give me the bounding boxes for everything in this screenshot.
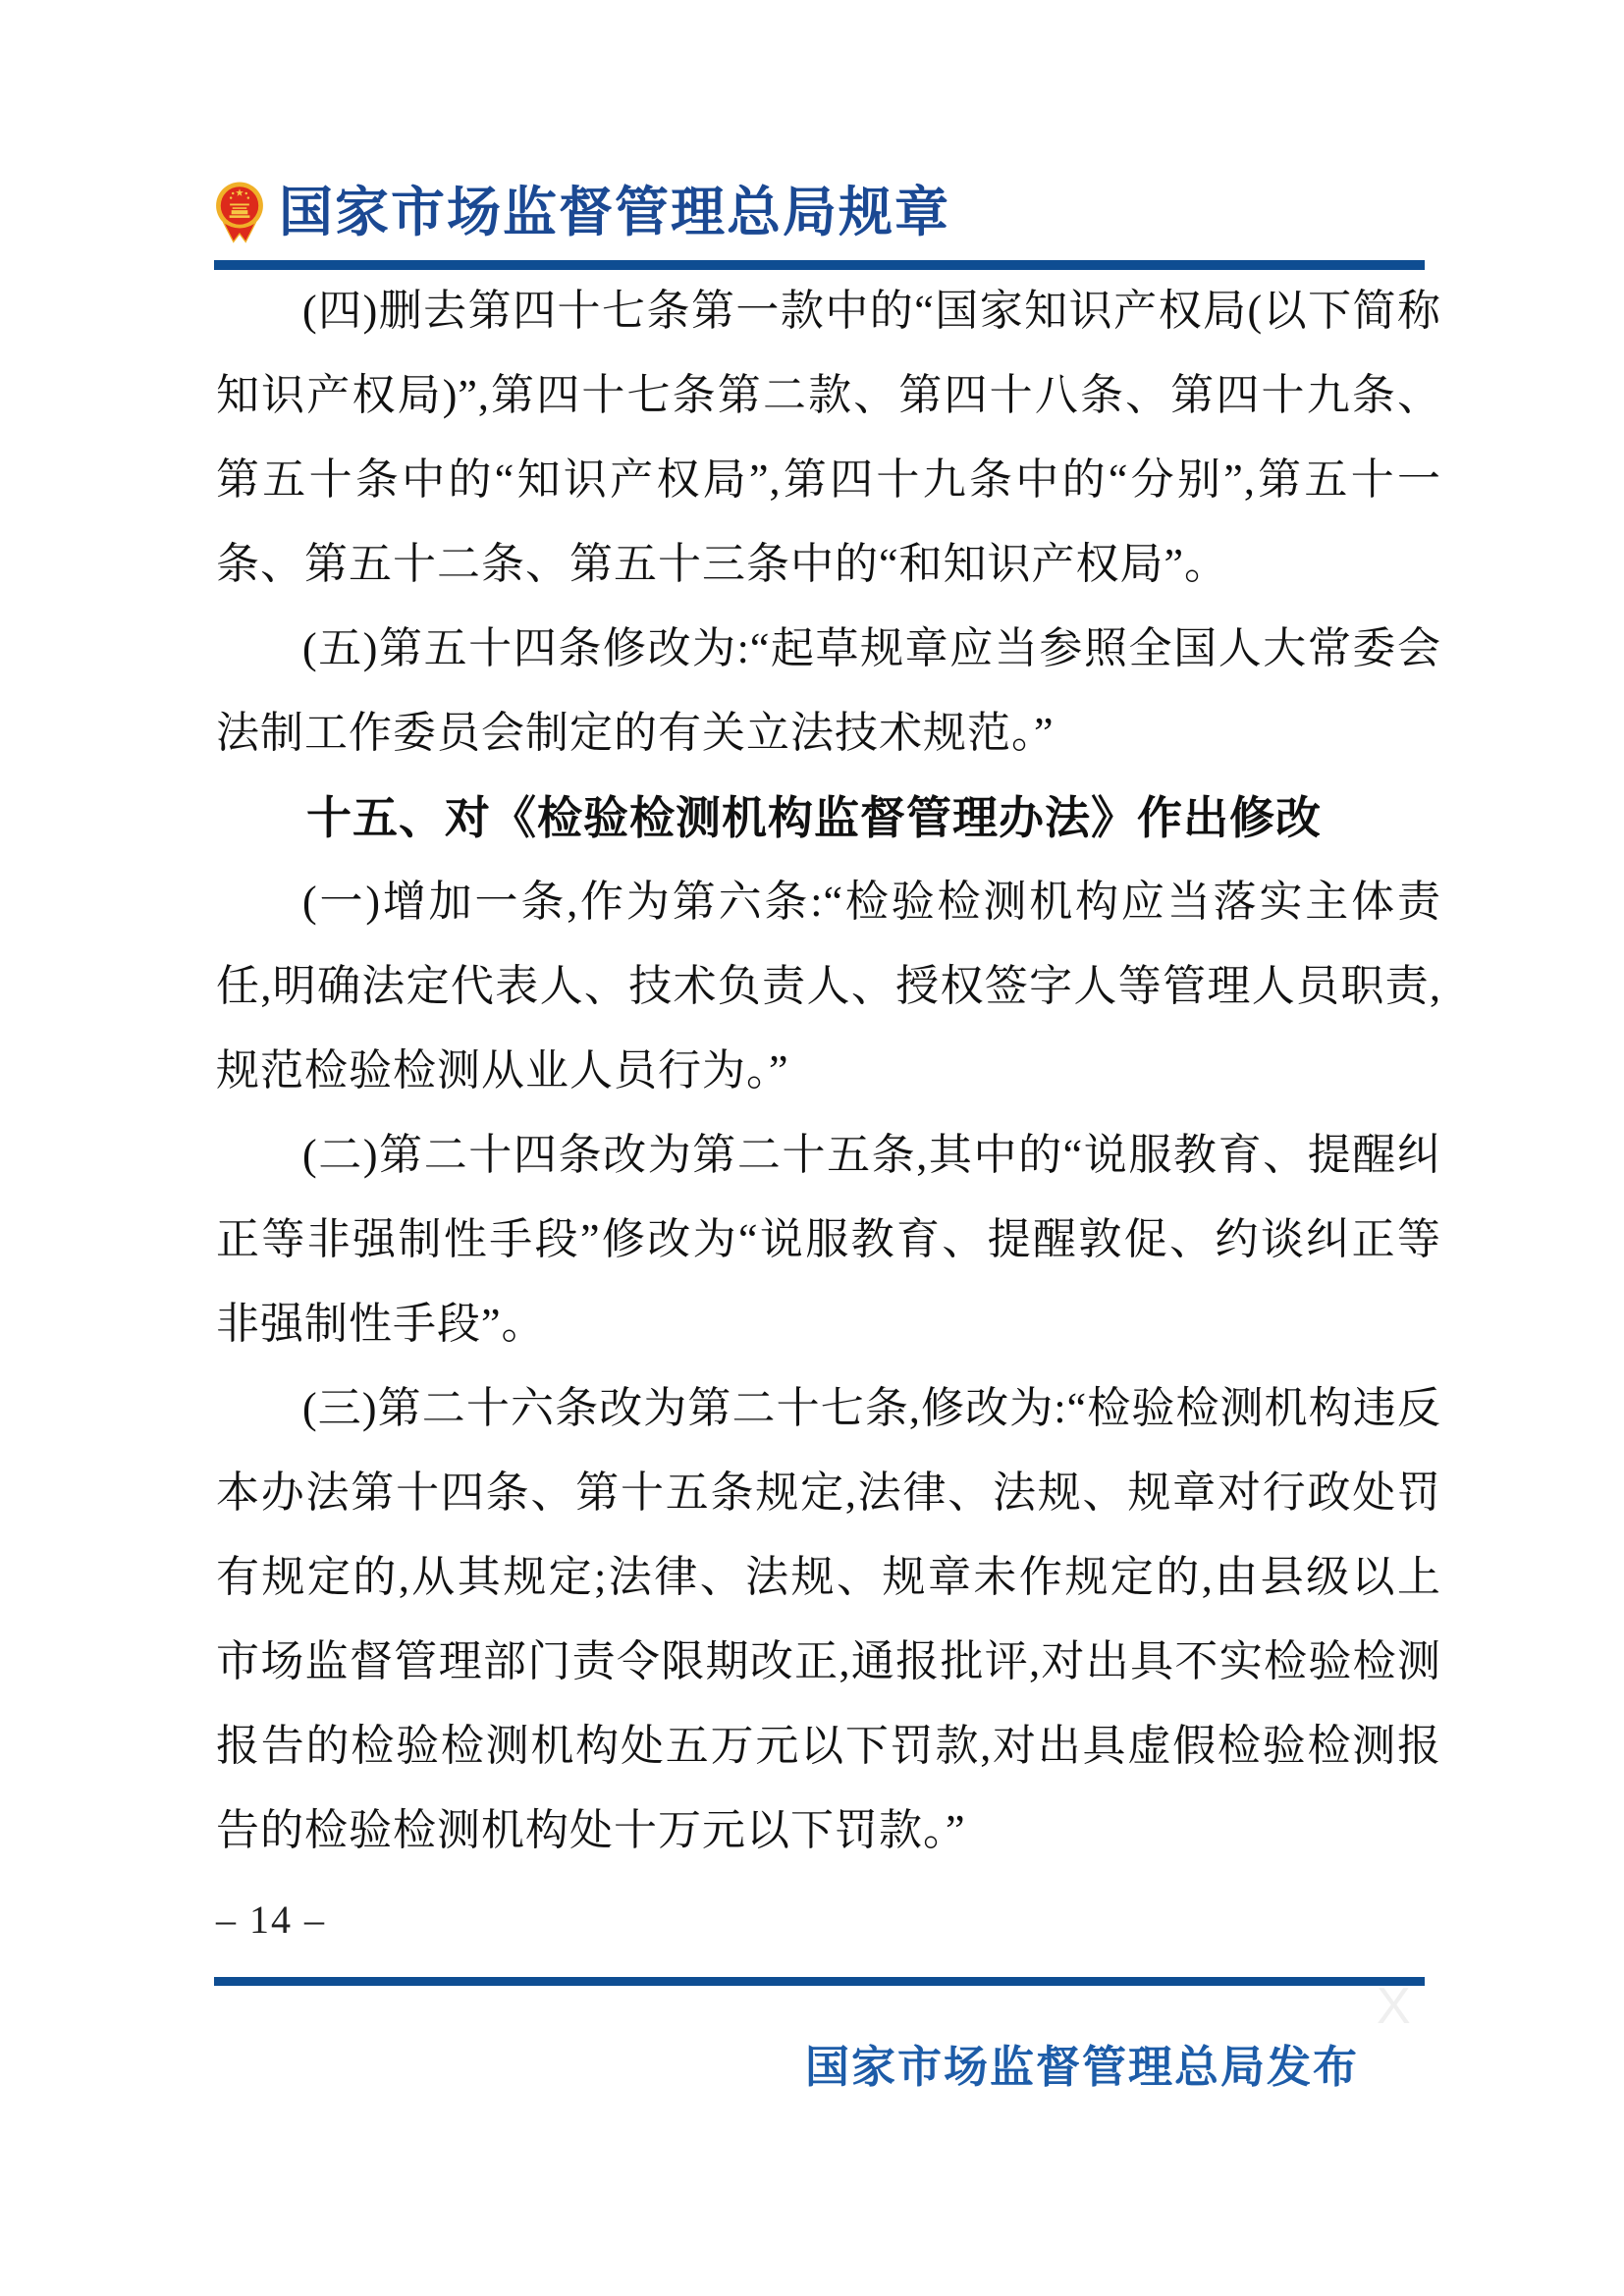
- x-watermark: X: [1377, 1981, 1411, 2032]
- paragraph: (一)增加一条,作为第六条:“检验检测机构应当落实主体责任,明确法定代表人、技术…: [216, 860, 1441, 1113]
- paragraph: (五)第五十四条修改为:“起草规章应当参照全国人大常委会法制工作委员会制定的有关…: [216, 607, 1441, 775]
- paragraph: (三)第二十六条改为第二十七条,修改为:“检验检测机构违反本办法第十四条、第十五…: [216, 1366, 1441, 1873]
- page-header: 国家市场监督管理总局规章: [214, 181, 1425, 245]
- page-number: – 14 –: [216, 1898, 326, 1942]
- document-page: 国家市场监督管理总局规章 (四)删去第四十七条第一款中的“国家知识产权局(以下简…: [0, 0, 1624, 2296]
- national-emblem-icon: [214, 181, 265, 245]
- section-heading: 十五、对《检验检测机构监督管理办法》作出修改: [216, 775, 1441, 860]
- footer-divider: [214, 1977, 1425, 1986]
- publisher-line: 国家市场监督管理总局发布: [805, 2042, 1359, 2093]
- document-body: (四)删去第四十七条第一款中的“国家知识产权局(以下简称知识产权局)”,第四十七…: [216, 269, 1441, 1873]
- paragraph: (四)删去第四十七条第一款中的“国家知识产权局(以下简称知识产权局)”,第四十七…: [216, 269, 1441, 607]
- paragraph: (二)第二十四条改为第二十五条,其中的“说服教育、提醒纠正等非强制性手段”修改为…: [216, 1113, 1441, 1366]
- page-title: 国家市场监督管理总局规章: [279, 181, 950, 245]
